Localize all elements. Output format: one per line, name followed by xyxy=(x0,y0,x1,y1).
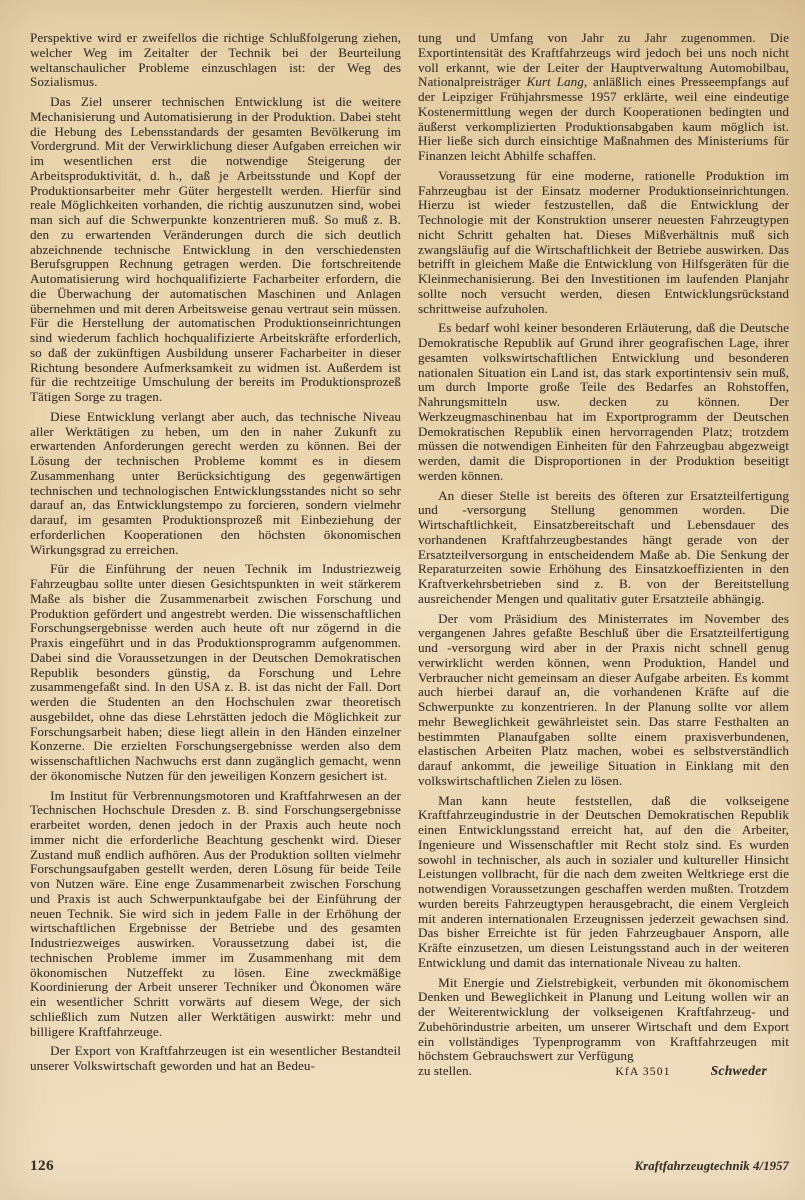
text-segment: Der vom Präsidium des Ministerrates im N… xyxy=(418,611,789,788)
paragraph: Man kann heute feststellen, daß die volk… xyxy=(418,794,789,971)
text-segment: Mit Energie und Zielstrebigkeit, verbund… xyxy=(418,975,789,1064)
print-code: KfA 3501 xyxy=(615,1065,670,1080)
page: Perspektive wird er zweifellos die richt… xyxy=(0,0,805,1200)
text-segment: Der Export von Kraftfahrzeugen ist ein w… xyxy=(30,1043,401,1073)
paragraph: Für die Einführung der neuen Technik im … xyxy=(30,562,401,783)
text-segment: Diese Entwicklung verlangt aber auch, da… xyxy=(30,409,401,557)
person-name-italic: Kurt Lang xyxy=(526,74,583,89)
paragraph: Voraussetzung für eine moderne, rationel… xyxy=(418,169,789,317)
text-segment: Voraussetzung für eine moderne, rationel… xyxy=(418,168,789,316)
paragraph: tung und Umfang von Jahr zu Jahr zugenom… xyxy=(418,31,789,164)
paragraph: Der Export von Kraftfahrzeugen ist ein w… xyxy=(30,1044,401,1074)
paragraph: Im Institut für Verbrennungsmotoren und … xyxy=(30,789,401,1040)
page-number: 126 xyxy=(30,1158,54,1175)
left-column: Perspektive wird er zweifellos die richt… xyxy=(30,31,401,1080)
paragraph: Es bedarf wohl keiner besonderen Erläute… xyxy=(418,321,789,483)
text-segment: Man kann heute feststellen, daß die volk… xyxy=(418,793,789,970)
signature-line: zu stellen. KfA 3501 Schweder xyxy=(418,1064,789,1080)
paragraph: Perspektive wird er zweifellos die richt… xyxy=(30,31,401,90)
page-footer: 126 Kraftfahrzeugtechnik 4/1957 xyxy=(30,1158,789,1175)
closing-text: zu stellen. xyxy=(418,1064,472,1079)
paragraph: Der vom Präsidium des Ministerrates im N… xyxy=(418,612,789,789)
text-segment: Im Institut für Verbrennungsmotoren und … xyxy=(30,788,401,1039)
author-signature: Schweder xyxy=(711,1064,767,1079)
text-segment: Für die Einführung der neuen Technik im … xyxy=(30,561,401,783)
paragraph: Diese Entwicklung verlangt aber auch, da… xyxy=(30,410,401,558)
paragraph: An dieser Stelle ist bereits des öfteren… xyxy=(418,489,789,607)
text-segment: An dieser Stelle ist bereits des öfteren… xyxy=(418,488,789,606)
right-column: tung und Umfang von Jahr zu Jahr zugenom… xyxy=(418,31,789,1080)
right-column-paragraphs: tung und Umfang von Jahr zu Jahr zugenom… xyxy=(418,31,789,1064)
text-segment: Es bedarf wohl keiner besonderen Erläute… xyxy=(418,320,789,483)
paragraph: Mit Energie und Zielstrebigkeit, verbund… xyxy=(418,976,789,1065)
journal-reference: Kraftfahrzeugtechnik 4/1957 xyxy=(635,1159,789,1174)
text-segment: Das Ziel unserer technischen Entwicklung… xyxy=(30,94,401,404)
text-segment: Perspektive wird er zweifellos die richt… xyxy=(30,30,401,89)
paragraph: Das Ziel unserer technischen Entwicklung… xyxy=(30,95,401,405)
article-text: Perspektive wird er zweifellos die richt… xyxy=(30,31,789,1080)
